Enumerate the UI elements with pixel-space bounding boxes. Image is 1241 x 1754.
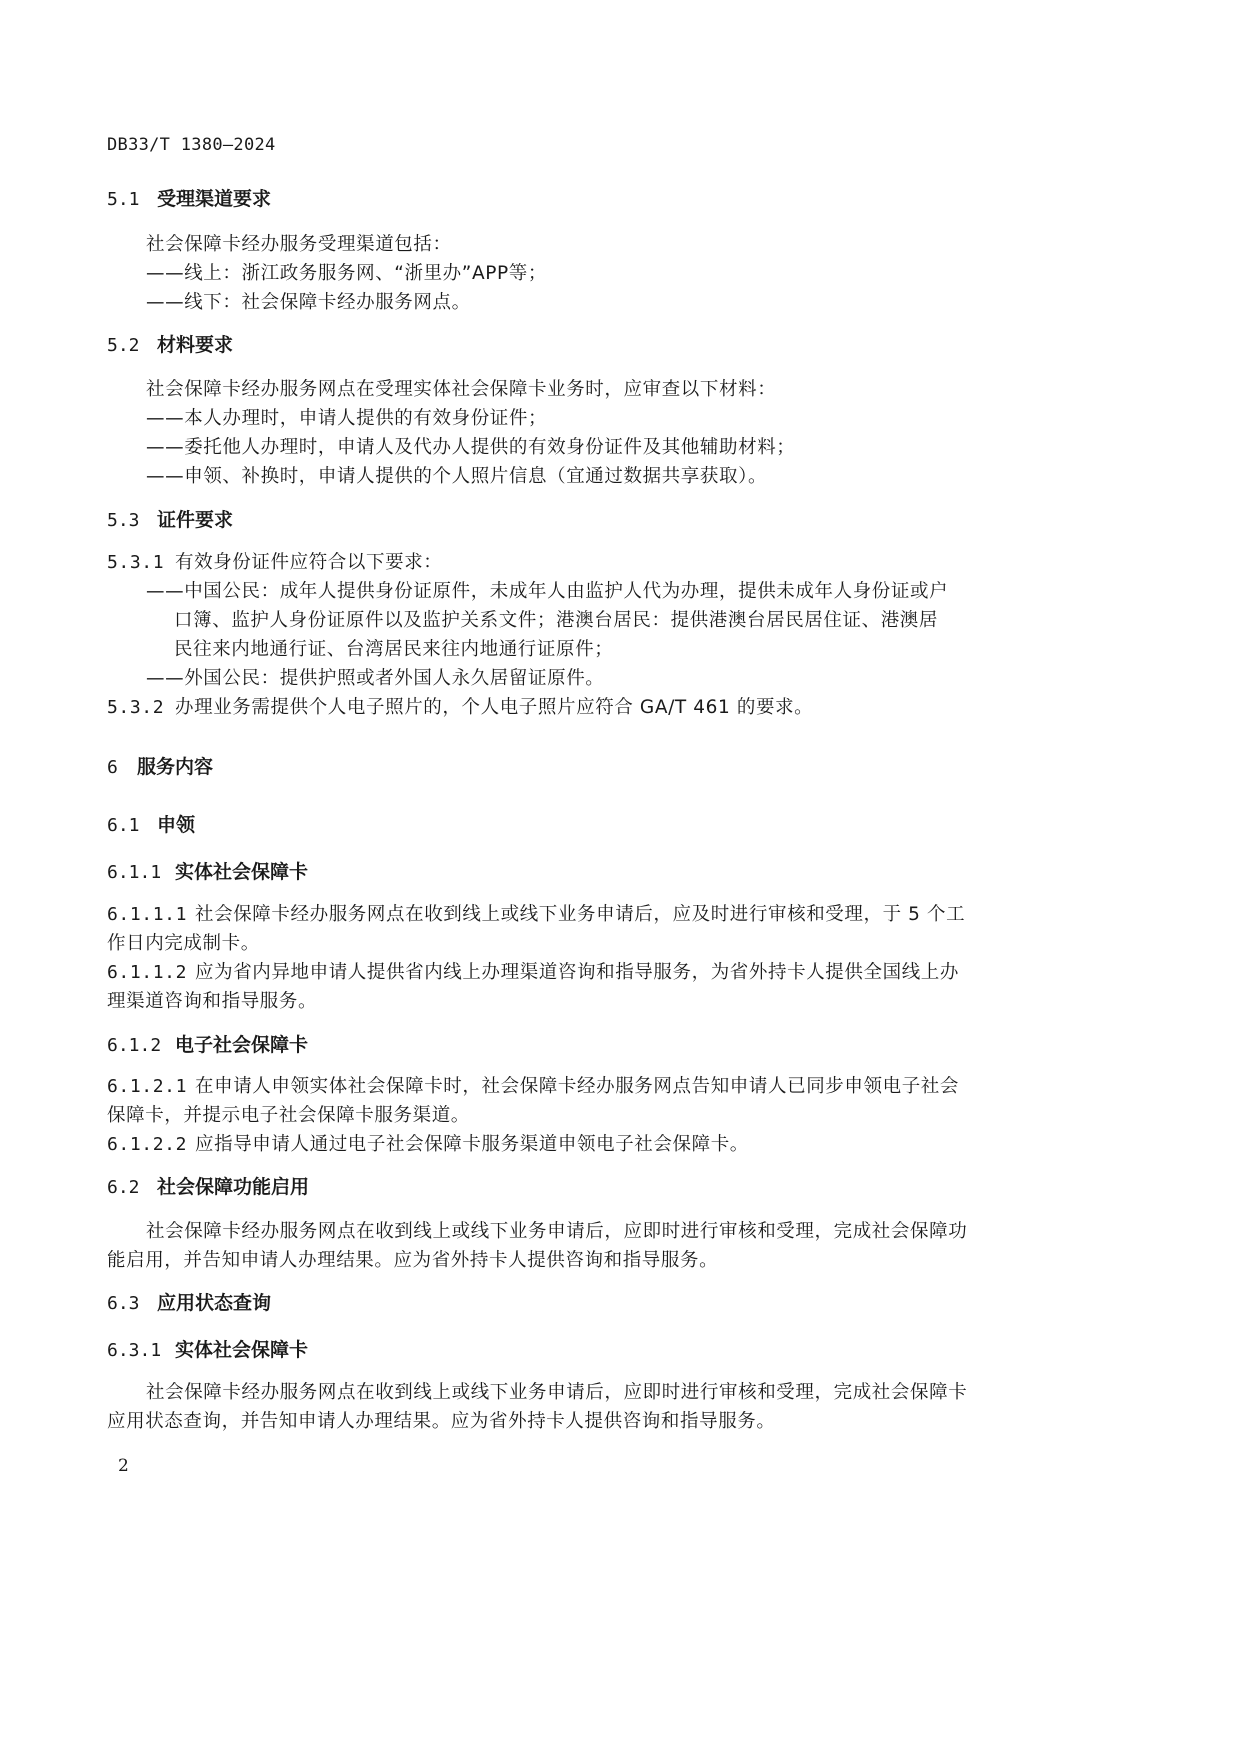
heading-6-2: 6.2社会保障功能启用 (107, 1172, 309, 1199)
heading-6: 6服务内容 (107, 752, 213, 779)
list-item-line: ——中国公民：成年人提供身份证原件，未成年人由监护人代为办理，提供未成年人身份证… (146, 577, 948, 603)
section-number: 6.1.2 (107, 1035, 175, 1056)
heading-6-3-1: 6.3.1实体社会保障卡 (107, 1335, 308, 1362)
clause-number: 6.1.2.2 (107, 1134, 195, 1155)
document-code: DB33/T 1380—2024 (107, 135, 276, 155)
heading-6-1-1: 6.1.1实体社会保障卡 (107, 857, 308, 884)
section-number: 5.3 (107, 510, 157, 531)
section-number: 6.1.1 (107, 862, 175, 883)
clause-continuation: 作日内完成制卡。 (107, 929, 260, 955)
section-title: 材料要求 (157, 334, 233, 356)
list-item: ——线上：浙江政务服务网、“浙里办”APP等； (146, 259, 547, 285)
clause-number: 5.3.1 (107, 552, 175, 573)
clause-5-3-2: 5.3.2办理业务需提供个人电子照片的，个人电子照片应符合 GA/T 461 的… (107, 693, 813, 719)
section-number: 6.3.1 (107, 1340, 175, 1361)
paragraph: 社会保障卡经办服务网点在受理实体社会保障卡业务时，应审查以下材料： (146, 375, 776, 401)
paragraph-continuation: 能启用，并告知申请人办理结果。应为省外持卡人提供咨询和指导服务。 (107, 1246, 718, 1272)
paragraph-continuation: 应用状态查询，并告知申请人办理结果。应为省外持卡人提供咨询和指导服务。 (107, 1407, 776, 1433)
heading-5-3: 5.3证件要求 (107, 505, 233, 532)
clause-6-1-2-2: 6.1.2.2应指导申请人通过电子社会保障卡服务渠道申领电子社会保障卡。 (107, 1130, 749, 1156)
clause-text: 应为省内异地申请人提供省内线上办理渠道咨询和指导服务，为省外持卡人提供全国线上办 (195, 962, 959, 983)
section-title: 应用状态查询 (157, 1292, 271, 1314)
clause-number: 5.3.2 (107, 697, 175, 718)
section-number: 6 (107, 757, 137, 778)
clause-text: 有效身份证件应符合以下要求： (175, 552, 442, 573)
paragraph: 社会保障卡经办服务网点在收到线上或线下业务申请后，应即时进行审核和受理，完成社会… (146, 1217, 967, 1243)
clause-number: 6.1.1.1 (107, 904, 195, 925)
clause-6-1-2-1: 6.1.2.1在申请人申领实体社会保障卡时，社会保障卡经办服务网点告知申请人已同… (107, 1072, 959, 1098)
list-item: ——申领、补换时，申请人提供的个人照片信息（宜通过数据共享获取）。 (146, 462, 767, 488)
section-title: 社会保障功能启用 (157, 1176, 309, 1198)
heading-6-1-2: 6.1.2电子社会保障卡 (107, 1030, 308, 1057)
heading-5-2: 5.2材料要求 (107, 330, 233, 357)
section-title: 受理渠道要求 (157, 188, 271, 210)
clause-continuation: 理渠道咨询和指导服务。 (107, 987, 317, 1013)
clause-5-3-1: 5.3.1有效身份证件应符合以下要求： (107, 548, 442, 574)
clause-text: 办理业务需提供个人电子照片的，个人电子照片应符合 GA/T 461 的要求。 (175, 697, 813, 718)
section-number: 6.2 (107, 1177, 157, 1198)
heading-6-3: 6.3应用状态查询 (107, 1288, 271, 1315)
heading-5-1: 5.1受理渠道要求 (107, 184, 271, 211)
list-item: ——线下：社会保障卡经办服务网点。 (146, 288, 471, 314)
clause-number: 6.1.2.1 (107, 1076, 195, 1097)
section-title: 实体社会保障卡 (175, 861, 308, 883)
section-title: 证件要求 (157, 509, 233, 531)
section-number: 5.1 (107, 189, 157, 210)
section-number: 6.3 (107, 1293, 157, 1314)
section-title: 服务内容 (137, 756, 213, 778)
list-item: ——本人办理时，申请人提供的有效身份证件； (146, 404, 547, 430)
list-item-line: 民往来内地通行证、台湾居民来往内地通行证原件； (174, 635, 613, 661)
section-title: 电子社会保障卡 (175, 1034, 308, 1056)
page-number: 2 (118, 1456, 129, 1476)
heading-6-1: 6.1申领 (107, 810, 195, 837)
paragraph: 社会保障卡经办服务受理渠道包括： (146, 230, 452, 256)
section-number: 5.2 (107, 335, 157, 356)
section-title: 申领 (157, 814, 195, 836)
clause-continuation: 保障卡，并提示电子社会保障卡服务渠道。 (107, 1101, 470, 1127)
document-page: DB33/T 1380—2024 5.1受理渠道要求 社会保障卡经办服务受理渠道… (0, 0, 1241, 1754)
clause-text: 在申请人申领实体社会保障卡时，社会保障卡经办服务网点告知申请人已同步申领电子社会 (195, 1076, 959, 1097)
clause-text: 应指导申请人通过电子社会保障卡服务渠道申领电子社会保障卡。 (195, 1134, 749, 1155)
list-item: ——委托他人办理时，申请人及代办人提供的有效身份证件及其他辅助材料； (146, 433, 795, 459)
list-item-line: ——外国公民：提供护照或者外国人永久居留证原件。 (146, 664, 604, 690)
clause-number: 6.1.1.2 (107, 962, 195, 983)
list-item-line: 口簿、监护人身份证原件以及监护关系文件；港澳台居民：提供港澳台居民居住证、港澳居 (174, 606, 938, 632)
section-number: 6.1 (107, 815, 157, 836)
paragraph: 社会保障卡经办服务网点在收到线上或线下业务申请后，应即时进行审核和受理，完成社会… (146, 1378, 967, 1404)
clause-text: 社会保障卡经办服务网点在收到线上或线下业务申请后，应及时进行审核和受理，于 5 … (195, 904, 965, 925)
clause-6-1-1-2: 6.1.1.2应为省内异地申请人提供省内线上办理渠道咨询和指导服务，为省外持卡人… (107, 958, 959, 984)
section-title: 实体社会保障卡 (175, 1339, 308, 1361)
clause-6-1-1-1: 6.1.1.1社会保障卡经办服务网点在收到线上或线下业务申请后，应及时进行审核和… (107, 900, 965, 926)
